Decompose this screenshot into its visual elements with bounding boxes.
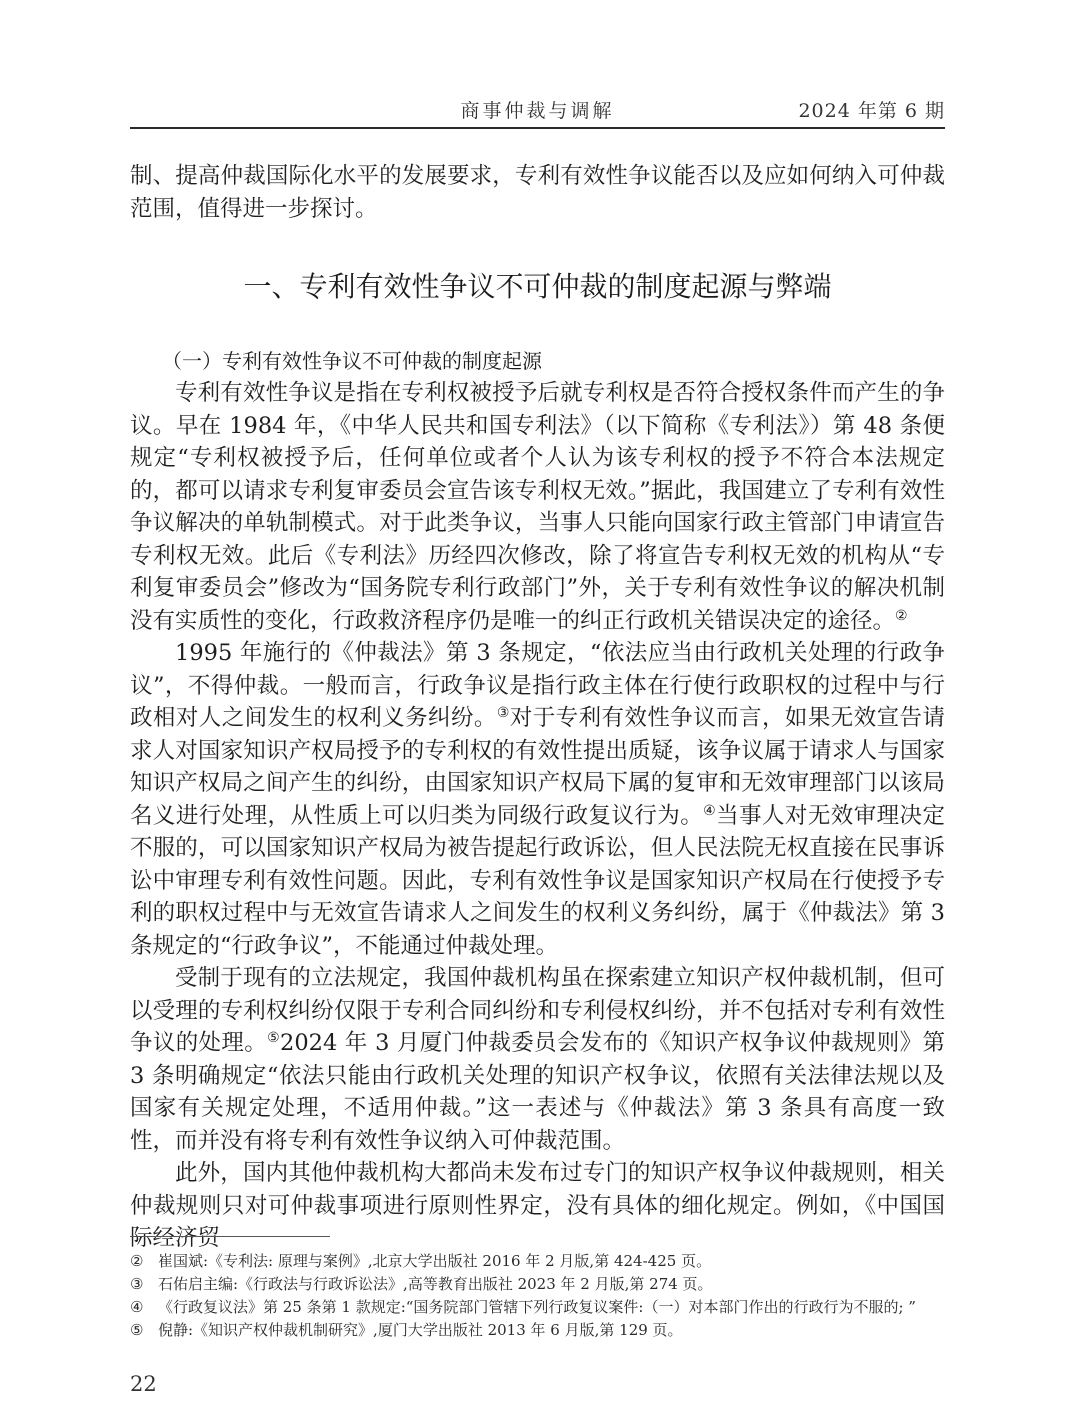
footnote-text: 石佑启主编:《行政法与行政诉讼法》,高等教育出版社 2023 年 2 月版,第 … xyxy=(158,1273,713,1296)
body-text: 制、提高仲裁国际化水平的发展要求，专利有效性争议能否以及应如何纳入可仲裁范围，值… xyxy=(130,160,945,1255)
footnote-ref-2[interactable]: ② xyxy=(895,608,908,624)
paragraph-3: 受制于现有的立法规定，我国仲裁机构虽在探索建立知识产权仲裁机制，但可以受理的专利… xyxy=(130,962,945,1157)
footnote-item: ② 崔国斌:《专利法: 原理与案例》,北京大学出版社 2016 年 2 月版,第… xyxy=(130,1250,945,1273)
footnotes: ② 崔国斌:《专利法: 原理与案例》,北京大学出版社 2016 年 2 月版,第… xyxy=(130,1250,945,1342)
paragraph-1: 专利有效性争议是指在专利权被授予后就专利权是否符合授权条件而产生的争议。早在 1… xyxy=(130,377,945,637)
footnote-mark: ⑤ xyxy=(130,1319,158,1342)
footnote-divider xyxy=(130,1236,330,1237)
footnote-item: ③ 石佑启主编:《行政法与行政诉讼法》,高等教育出版社 2023 年 2 月版,… xyxy=(130,1273,945,1296)
page-number: 22 xyxy=(130,1372,157,1396)
intro-paragraph: 制、提高仲裁国际化水平的发展要求，专利有效性争议能否以及应如何纳入可仲裁范围，值… xyxy=(130,160,945,225)
footnote-item: ⑤ 倪静:《知识产权仲裁机制研究》,厦门大学出版社 2013 年 6 月版,第 … xyxy=(130,1319,945,1342)
footnote-ref-5[interactable]: ⑤ xyxy=(267,1030,280,1046)
subsection-title: （一）专利有效性争议不可仲裁的制度起源 xyxy=(130,345,945,377)
paragraph-4: 此外，国内其他仲裁机构大都尚未发布过专门的知识产权争议仲裁规则，相关仲裁规则只对… xyxy=(130,1157,945,1255)
footnote-mark: ④ xyxy=(130,1296,158,1319)
header-divider xyxy=(130,127,945,129)
paragraph-text: 此外，国内其他仲裁机构大都尚未发布过专门的知识产权争议仲裁规则，相关仲裁规则只对… xyxy=(130,1160,945,1251)
footnote-ref-3[interactable]: ③ xyxy=(497,705,510,721)
footnote-text: 《行政复议法》第 25 条第 1 款规定:“国务院部门管辖下列行政复议案件:（一… xyxy=(158,1296,916,1319)
paragraph-2: 1995 年施行的《仲裁法》第 3 条规定，“依法应当由行政机关处理的行政争议”… xyxy=(130,637,945,962)
footnote-mark: ③ xyxy=(130,1273,158,1296)
paragraph-text: 专利有效性争议是指在专利权被授予后就专利权是否符合授权条件而产生的争议。早在 1… xyxy=(130,380,945,634)
running-header: 商事仲裁与调解 2024 年第 6 期 xyxy=(130,96,945,126)
issue-label: 2024 年第 6 期 xyxy=(798,96,945,123)
section-title: 一、专利有效性争议不可仲裁的制度起源与弊端 xyxy=(130,269,945,305)
footnote-text: 崔国斌:《专利法: 原理与案例》,北京大学出版社 2016 年 2 月版,第 4… xyxy=(158,1250,711,1273)
footnote-mark: ② xyxy=(130,1250,158,1273)
footnote-text: 倪静:《知识产权仲裁机制研究》,厦门大学出版社 2013 年 6 月版,第 12… xyxy=(158,1319,683,1342)
footnote-item: ④ 《行政复议法》第 25 条第 1 款规定:“国务院部门管辖下列行政复议案件:… xyxy=(130,1296,945,1319)
footnote-ref-4[interactable]: ④ xyxy=(703,803,716,819)
